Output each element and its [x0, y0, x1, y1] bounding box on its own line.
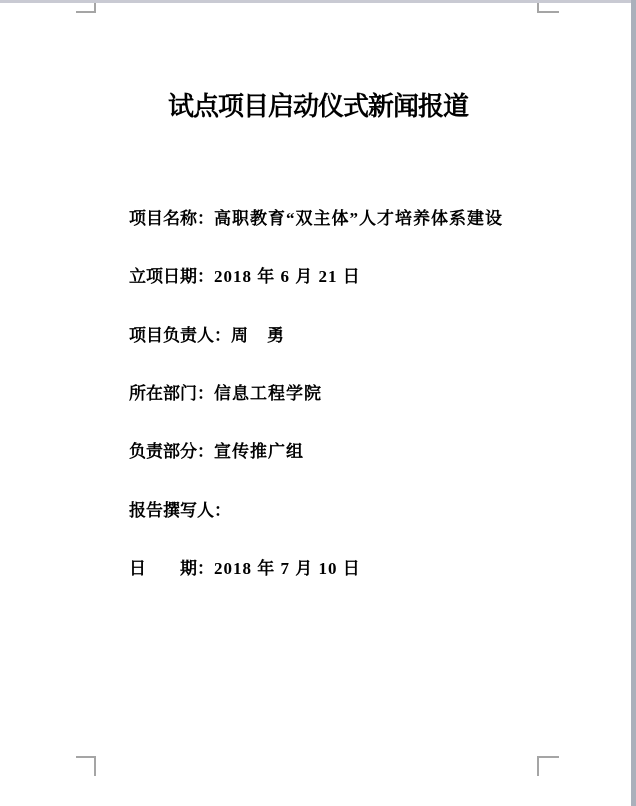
field-responsible-part-value: 宣传推广组 — [214, 442, 304, 461]
field-date-label: 日 期： — [129, 559, 214, 578]
crop-mark-bottom-right — [538, 756, 559, 758]
field-department-value: 信息工程学院 — [214, 384, 322, 403]
field-department-label: 所在部门： — [129, 384, 214, 403]
crop-mark-bottom-left — [94, 756, 96, 776]
field-project-leader-label: 项目负责人： — [129, 326, 231, 345]
field-project-leader: 项目负责人：周 勇 — [129, 325, 589, 347]
crop-mark-bottom-left — [76, 756, 96, 758]
field-approval-date-value: 2018 年 6 月 21 日 — [214, 267, 361, 286]
field-report-writer: 报告撰写人： — [129, 500, 589, 522]
crop-mark-top-right — [538, 11, 559, 13]
field-project-name-label: 项目名称： — [129, 209, 214, 228]
field-responsible-part-label: 负责部分： — [129, 442, 214, 461]
field-project-leader-value: 周 勇 — [231, 326, 285, 345]
field-report-writer-label: 报告撰写人： — [129, 501, 231, 520]
field-department: 所在部门：信息工程学院 — [129, 383, 589, 405]
field-project-name: 项目名称：高职教育“双主体”人才培养体系建设 — [129, 208, 589, 230]
field-date: 日 期：2018 年 7 月 10 日 — [129, 558, 589, 580]
document-title: 试点项目启动仪式新闻报道 — [0, 86, 636, 123]
field-responsible-part: 负责部分：宣传推广组 — [129, 441, 589, 463]
crop-mark-bottom-right — [537, 756, 539, 776]
field-date-value: 2018 年 7 月 10 日 — [214, 559, 361, 578]
field-approval-date-label: 立项日期： — [129, 267, 214, 286]
field-project-name-value: 高职教育“双主体”人才培养体系建设 — [214, 209, 503, 228]
document-page: 试点项目启动仪式新闻报道 项目名称：高职教育“双主体”人才培养体系建设 立项日期… — [0, 0, 636, 806]
field-approval-date: 立项日期：2018 年 6 月 21 日 — [129, 266, 589, 288]
crop-mark-top-left — [76, 11, 96, 13]
